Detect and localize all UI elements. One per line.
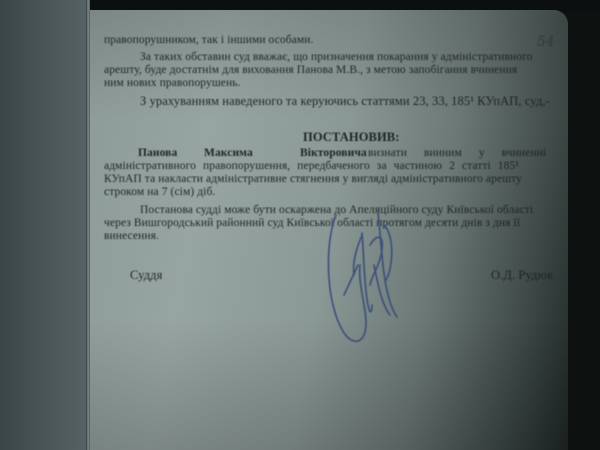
paragraph-line: правопорушником, так і іншими особами.	[104, 34, 314, 46]
signature-icon	[322, 205, 412, 355]
appeal-line: через Вишгородський районний суд Київськ…	[104, 217, 520, 229]
defendant-first-name: Максима	[204, 147, 253, 159]
paragraph-line: арешту, буде достатнім для виховання Пан…	[104, 64, 517, 76]
judge-title: Суддя	[130, 268, 162, 283]
paragraph-line: З урахуванням наведеного та керуючись ст…	[140, 94, 550, 109]
defendant-surname: Панова	[138, 147, 177, 159]
ruling-line: КУпАП та накласти адміністративне стягне…	[104, 173, 522, 185]
ruling-line: адміністративного правопорушення, передб…	[104, 160, 519, 172]
paragraph-line: ним нових правопорушень.	[104, 77, 241, 89]
defendant-patronymic: Вікторовича	[300, 147, 367, 159]
document-page: 54 правопорушником, так і іншими особами…	[90, 10, 568, 450]
ruling-line: визнати винним у вчиненні	[368, 147, 546, 159]
appeal-line: винесення.	[104, 230, 159, 242]
ruling-heading: ПОСТАНОВИВ:	[303, 130, 399, 145]
ruling-line: строком на 7 (сім) діб.	[104, 186, 215, 198]
paragraph-line: За таких обставин суд вважає, що признач…	[140, 51, 533, 63]
judge-name: О.Д. Рудюк	[491, 268, 553, 283]
page-number: 54	[537, 34, 555, 50]
left-page	[0, 0, 90, 450]
